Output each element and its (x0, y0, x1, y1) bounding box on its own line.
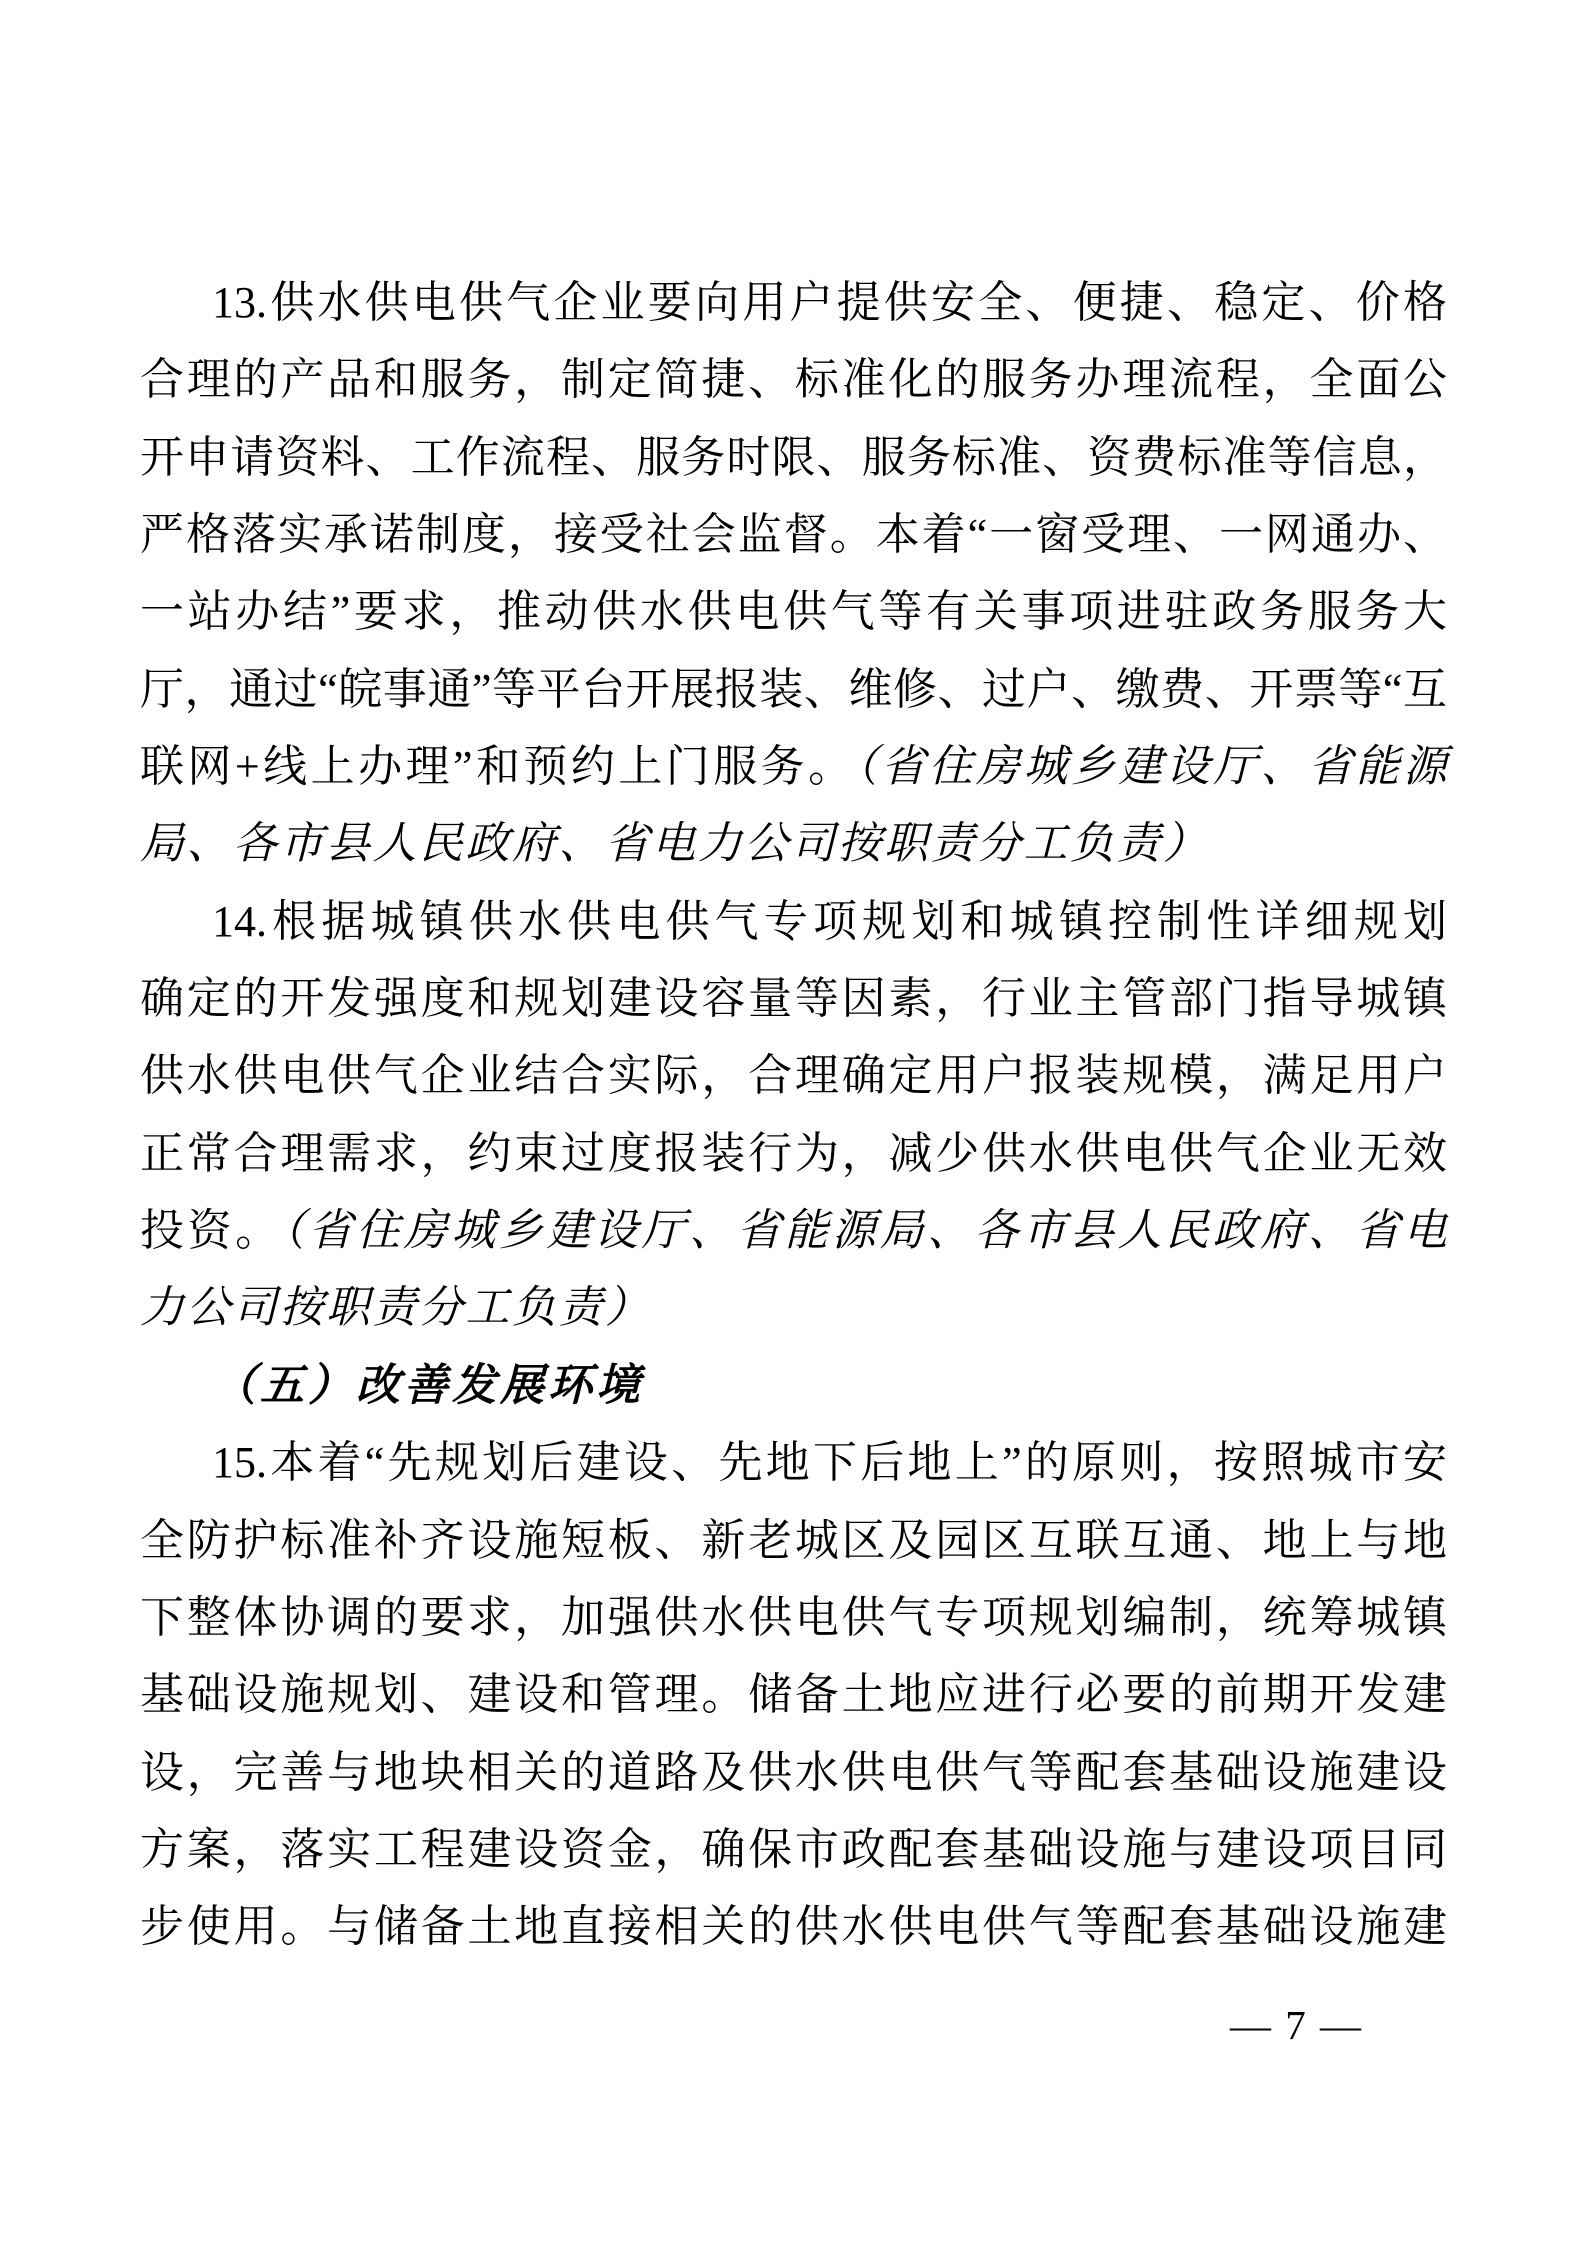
para-13-line-7: 联网+线上办理”和预约上门服务。（省住房城乡建设厅、省能源 (140, 728, 1447, 805)
para-14-line-3: 供水供电供气企业结合实际，合理确定用户报装规模，满足用户 (140, 1037, 1447, 1114)
body-text-segment: 开申请资料、工作流程、服务时限、服务标准、资费标准等信息， (140, 433, 1447, 482)
body-text-segment: 13.供水供电供气企业要向用户提供安全、便捷、稳定、价格 (212, 278, 1447, 327)
body-text-segment: 联网+线上办理”和预约上门服务。 (140, 742, 856, 791)
para-13-line-1: 13.供水供电供气企业要向用户提供安全、便捷、稳定、价格 (140, 264, 1447, 341)
para-15-line-3: 下整体协调的要求，加强供水供电供气专项规划编制，统筹城镇 (140, 1579, 1447, 1656)
body-text-segment: 基础设施规划、建设和管理。储备土地应进行必要的前期开发建 (140, 1670, 1447, 1719)
para-13-line-6: 厅，通过“皖事通”等平台开展报装、维修、过户、缴费、开票等“互 (140, 651, 1447, 728)
para-15-line-1: 15.本着“先规划后建设、先地下后地上”的原则，按照城市安 (140, 1424, 1447, 1501)
responsibility-note-segment: （省住房城乡建设厅、省能源局、各市县人民政府、省电 (283, 1206, 1447, 1255)
body-text-segment: 厅，通过“皖事通”等平台开展报装、维修、过户、缴费、开票等“互 (140, 665, 1447, 714)
section-heading-text: （五）改善发展环境 (212, 1361, 644, 1410)
document-page: { "page": { "background_color": "#ffffff… (0, 0, 1586, 2244)
para-15-line-6: 方案，落实工程建设资金，确保市政配套基础设施与建设项目同 (140, 1811, 1447, 1888)
para-15-line-2: 全防护标准补齐设施短板、新老城区及园区互联互通、地上与地 (140, 1502, 1447, 1579)
para-15-line-7: 步使用。与储备土地直接相关的供水供电供气等配套基础设施建 (140, 1888, 1447, 1965)
para-13-line-4: 严格落实承诺制度，接受社会监督。本着“一窗受理、一网通办、 (140, 496, 1447, 573)
para-14-line-2: 确定的开发强度和规划建设容量等因素，行业主管部门指导城镇 (140, 960, 1447, 1037)
responsibility-note-segment: 力公司按职责分工负责） (140, 1283, 652, 1332)
text-block: 13.供水供电供气企业要向用户提供安全、便捷、稳定、价格 合理的产品和服务，制定… (140, 264, 1447, 1966)
body-text-segment: 合理的产品和服务，制定简捷、标准化的服务办理流程，全面公 (140, 355, 1447, 404)
body-text-segment: 15.本着“先规划后建设、先地下后地上”的原则，按照城市安 (212, 1438, 1447, 1487)
para-14-line-5: 投资。（省住房城乡建设厅、省能源局、各市县人民政府、省电 (140, 1192, 1447, 1269)
body-text-segment: 全防护标准补齐设施短板、新老城区及园区互联互通、地上与地 (140, 1516, 1447, 1565)
responsibility-note-segment: 局、各市县人民政府、省电力公司按职责分工负责） (140, 819, 1210, 868)
para-15-line-5: 设，完善与地块相关的道路及供水供电供气等配套基础设施建设 (140, 1734, 1447, 1811)
body-text-segment: 投资。 (140, 1206, 283, 1255)
body-text-segment: 严格落实承诺制度，接受社会监督。本着“一窗受理、一网通办、 (140, 510, 1447, 559)
body-text-segment: 14.根据城镇供水供电供气专项规划和城镇控制性详细规划 (212, 897, 1447, 946)
body-text-segment: 方案，落实工程建设资金，确保市政配套基础设施与建设项目同 (140, 1825, 1447, 1874)
responsibility-note-segment: （省住房城乡建设厅、省能源 (856, 742, 1447, 791)
section-5-heading: （五）改善发展环境 (140, 1347, 1447, 1424)
page-number: — 7 — (1230, 2005, 1363, 2046)
para-13-line-2: 合理的产品和服务，制定简捷、标准化的服务办理流程，全面公 (140, 341, 1447, 418)
body-text-segment: 确定的开发强度和规划建设容量等因素，行业主管部门指导城镇 (140, 974, 1447, 1023)
body-text-segment: 供水供电供气企业结合实际，合理确定用户报装规模，满足用户 (140, 1051, 1447, 1100)
para-14-line-4: 正常合理需求，约束过度报装行为，减少供水供电供气企业无效 (140, 1115, 1447, 1192)
body-text-segment: 步使用。与储备土地直接相关的供水供电供气等配套基础设施建 (140, 1902, 1447, 1951)
para-15-line-4: 基础设施规划、建设和管理。储备土地应进行必要的前期开发建 (140, 1656, 1447, 1733)
para-13-line-5: 一站办结”要求，推动供水供电供气等有关事项进驻政务服务大 (140, 573, 1447, 650)
para-14-line-1: 14.根据城镇供水供电供气专项规划和城镇控制性详细规划 (140, 883, 1447, 960)
para-13-line-3: 开申请资料、工作流程、服务时限、服务标准、资费标准等信息， (140, 419, 1447, 496)
body-text-segment: 下整体协调的要求，加强供水供电供气专项规划编制，统筹城镇 (140, 1593, 1447, 1642)
body-text-segment: 设，完善与地块相关的道路及供水供电供气等配套基础设施建设 (140, 1748, 1447, 1797)
para-14-line-6: 力公司按职责分工负责） (140, 1269, 1447, 1346)
para-13-line-8: 局、各市县人民政府、省电力公司按职责分工负责） (140, 805, 1447, 882)
body-text-segment: 正常合理需求，约束过度报装行为，减少供水供电供气企业无效 (140, 1129, 1447, 1178)
body-text-segment: 一站办结”要求，推动供水供电供气等有关事项进驻政务服务大 (140, 587, 1447, 636)
